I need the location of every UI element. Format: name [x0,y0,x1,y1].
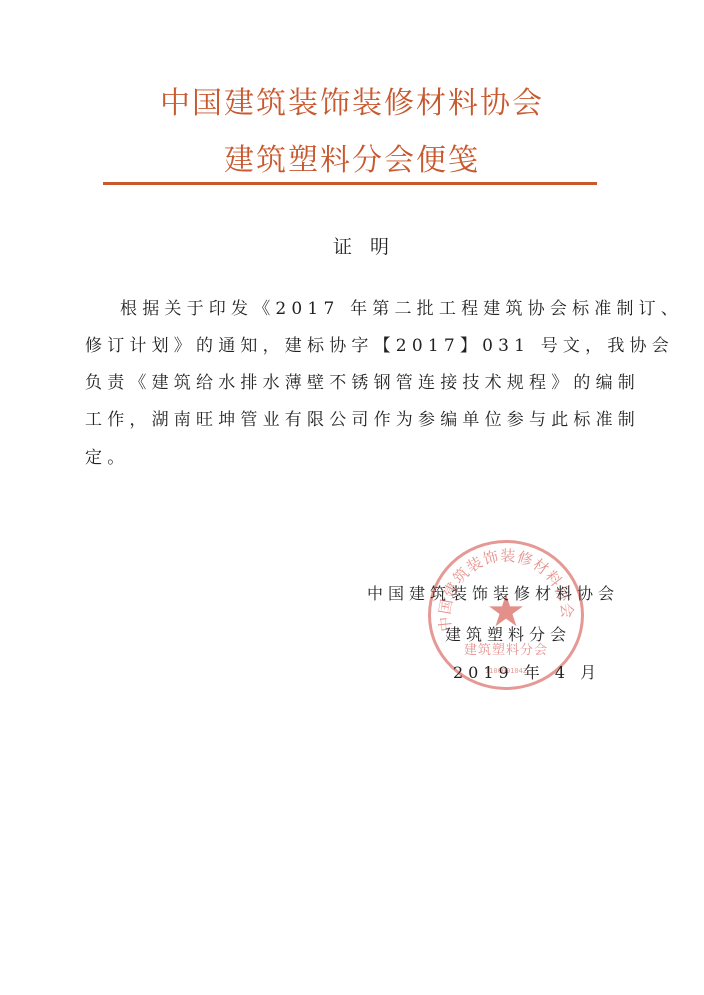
signature-organization: 中国建筑装饰装修材料协会 [367,581,619,604]
letterhead-divider [103,182,597,185]
signature-date: 2019 年 4 月 [453,660,601,683]
document-heading: 证明 [0,232,704,259]
body-paragraph-line: 负责《建筑给水排水薄壁不锈钢管连接技术规程》的编制 [85,368,640,393]
letterhead-title: 中国建筑装饰装修材料协会 [0,78,704,122]
body-paragraph-line: 工作，湖南旺坤管业有限公司作为参编单位参与此标准制 [85,405,640,430]
signature-branch: 建筑塑料分会 [445,622,571,645]
letterhead-subtitle: 建筑塑料分会便笺 [0,135,704,179]
body-paragraph-line: 根据关于印发《2017 年第二批工程建筑协会标准制订、 [120,294,683,319]
body-paragraph-line: 定。 [85,443,129,468]
body-paragraph-line: 修订计划》的通知，建标协字【2017】031 号文，我协会 [85,331,674,356]
